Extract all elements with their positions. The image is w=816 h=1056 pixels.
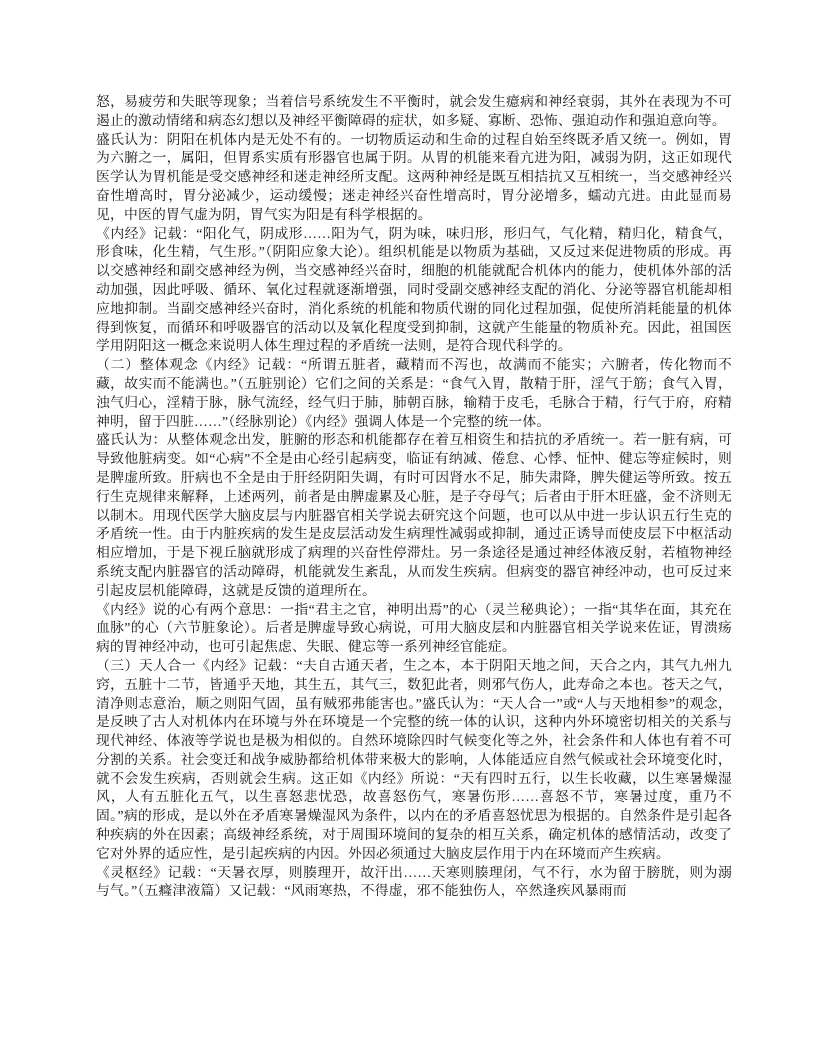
paragraph-heaven-man-unity: （三）天人合一《内经》记载：“夫自古通天者，生之本，本于阴阳天地之间，天合之内，…	[96, 657, 732, 864]
paragraph-neijing-heart-meanings: 《内经》说的心有两个意思：一指“君主之官，神明出焉”的心（灵兰秘典论）；一指“其…	[96, 601, 732, 657]
paragraph-continuation: 怒，易疲劳和失眠等现象；当着信号系统发生不平衡时，就会发生癔病和神经衰弱，其外在…	[96, 93, 732, 131]
paragraph-neijing-yanghuaqi: 《内经》记载：“阳化气，阴成形……阳为气，阴为味，味归形，形归气，气化精，精归化…	[96, 225, 732, 357]
paragraph-holistic-concept: （二）整体观念《内经》记载：“所谓五脏者，藏精而不泻也，故满而不能实；六腑者，传…	[96, 356, 732, 431]
paragraph-sheng-holistic-view: 盛氏认为：从整体观念出发，脏腑的形态和机能都存在着互相资生和拮抗的矛盾统一。若一…	[96, 431, 732, 600]
paragraph-lingshujing: 《灵枢经》记载：“天暑衣厚，则腠理开，故汗出……天寒则腠理闭，气不行，水为留于膀…	[96, 864, 732, 902]
paragraph-yinyang-sheng: 盛氏认为：阴阳在机体内是无处不有的。一切物质运动和生命的过程自始至终既矛盾又统一…	[96, 131, 732, 225]
document-page: 怒，易疲劳和失眠等现象；当着信号系统发生不平衡时，就会发生癔病和神经衰弱，其外在…	[96, 93, 732, 901]
